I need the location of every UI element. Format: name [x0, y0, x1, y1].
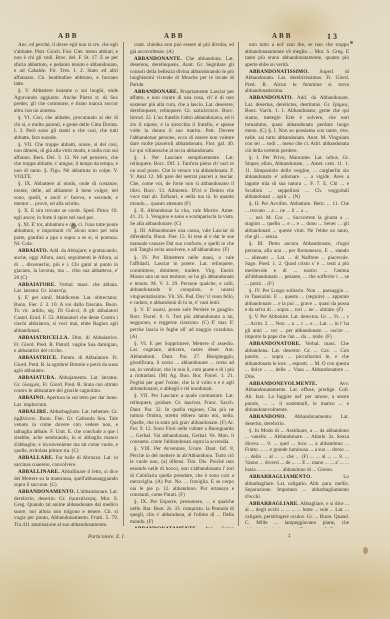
headword: ABBANDONATISSIMO. — [249, 69, 309, 75]
entry-text: Add. da Abbandonare. Lat. desertus, dere… — [245, 95, 349, 153]
dictionary-entry: §. IX. Abbattere al modo, onde di costan… — [14, 181, 118, 207]
dictionary-entry: §. VII. Che troppe abbatti, onore, si de… — [14, 142, 118, 181]
headword: ABBANDONO. — [249, 414, 286, 420]
dictionary-entry: §. III. Detto ancora Abbandonato, d'ogni… — [245, 241, 349, 287]
dictionary-entry: §. III. Abbandonare una causa, vale Lasc… — [130, 228, 234, 254]
dictionary-entry: ABBANDONATISSIMO. Superl. di Abbandonato… — [245, 69, 349, 95]
entry-text: §. IX. Abbattere al modo, onde di costan… — [14, 181, 118, 207]
entry-text: §. VI. E per Sopprimere, Mettere d' asse… — [130, 341, 234, 393]
column-2: costr. chiedea non può essere al più div… — [130, 42, 234, 528]
headword: ABBALLARE. — [18, 455, 54, 461]
dictionary-entry: ABBANDONEVOLMENTE. Avv. Abbandonatamente… — [245, 381, 349, 414]
entry-text: Verbal. masc. Che abbandona. Lat. desert… — [245, 341, 349, 380]
dictionary-entry: §. I. Per Lasciare semplicemente. Lat. r… — [130, 155, 234, 207]
dictionary-entry: ABBALLINARE. Abballinare il letto, si di… — [14, 469, 118, 489]
dictionary-entry: ABBANDONATAMENTE. Avv. Senza riguardo, S… — [130, 526, 234, 528]
headword: ABBARBAGLIAMENTO. — [249, 474, 312, 480]
headword: ABBAIATO. — [18, 248, 48, 254]
dictionary-entry: ABBAINO. Apertura in sul tetto per dar l… — [14, 395, 118, 408]
dictionary-entry: Anc. ed perchè, il dover egli non si cre… — [14, 42, 118, 88]
paper-speck — [350, 41, 353, 44]
column-1: Anc. ed perchè, il dover egli non si cre… — [14, 42, 118, 528]
entry-text: §. VII. Per Lasciare a quale contrastare… — [130, 393, 234, 445]
dictionary-entry: ABBAIATO. Add. da Abbajare; e grattacand… — [14, 248, 118, 281]
dictionary-entry: ABBANDONO. Abbandonamento. Lat. desertio… — [245, 414, 349, 427]
dictionary-entry: §. VII. Per Lasciare a quale contrastare… — [130, 393, 234, 445]
dictionary-entry: §. V. E' usarsi, posso sole Perdere le g… — [130, 307, 234, 340]
entry-text: §. VI. Con, che abbatte, procurando al d… — [14, 115, 118, 141]
dictionary-entry: ABBAIATRICE. Femm. di Abbaiatore. Fr. Gi… — [14, 355, 118, 375]
entry-text: non tutto a noi' non lite, se non che tr… — [245, 42, 349, 68]
entry-text: §. II. Abbandonar la vita, vale Morire. … — [130, 208, 234, 227]
entry-text: Propriamente Lasciar per affatto, e non … — [130, 89, 234, 154]
entry-text: §. IV. Per Luogo solitario. Non ... paes… — [245, 288, 349, 314]
entry-text: §. VII. Che troppe abbatti, onore, si de… — [14, 142, 118, 181]
dictionary-entry: ABBAIATURA. Abbajamento. Lat. latratus. … — [14, 375, 118, 395]
dictionary-entry: ABBANDONAMENTO. L'abbandonare. Lat. dere… — [14, 489, 118, 528]
dictionary-entry: ABBAIATRICELLA. Dim. di Abbaiatrice. Fr.… — [14, 335, 118, 355]
headword: ABBAIATRICE. — [18, 355, 58, 361]
dictionary-entry: ABBARBAGLIAMENTO. Lo abbarbagliare. Lat.… — [245, 474, 349, 500]
entry-text: §. IV. Per Rimettere nelle mani, o vale … — [130, 255, 234, 307]
dictionary-entry: ABBALIRE. Abbarbagliare. Lat. hebetare. … — [14, 409, 118, 455]
entry-text: §. III. Abbandonare una causa, vale Lasc… — [130, 228, 234, 254]
guide-word-right: ABB — [272, 32, 292, 40]
scanned-dictionary-page: ABB ABB ABB 13 Anc. ed perchè, il dover … — [0, 0, 390, 619]
entry-text: §. X. E tira trovato se corde. Sped. Pit… — [14, 208, 118, 221]
column-3: non tutto a noi' non lite, se non che tr… — [245, 42, 349, 528]
dictionary-entry: ABBARBAGLIARE. Abbagliare, e si dice ...… — [245, 501, 349, 528]
entry-text: §. IX. Per Esporre, presumere, ... e qua… — [130, 499, 234, 525]
dictionary-entry: §. IV. Per Rimettere nelle mani, o vale … — [130, 255, 234, 307]
headword: ABBANDONEVOLMENTE. — [249, 381, 317, 387]
headword: ABBALLINARE. — [18, 469, 60, 475]
dictionary-entry: ABBANDONARE. Propriamente Lasciar per af… — [130, 89, 234, 154]
dictionary-entry: non tutto a noi' non lite, se non che tr… — [245, 42, 349, 68]
guide-word-left: ABB — [58, 32, 78, 40]
headword: ABBANDONATO. — [249, 95, 293, 101]
dictionary-entry: §. In Modo di ... Assiduare, a ... da ab… — [245, 428, 349, 474]
dictionary-entry: §. E' per simil. Maldicente. Lat. obtrec… — [14, 295, 118, 334]
dictionary-entry: ABBAIATORE. Verbal. masc. che abbaia. La… — [14, 282, 118, 295]
headword: ABBANDONAMENTO. — [18, 489, 75, 495]
entry-text: L'abbandonare. Lat. derelictio, desertio… — [14, 489, 118, 528]
entry-text: §. I. Per Privo, Mancante. Lat. orbus. G… — [245, 155, 349, 200]
column-rule — [123, 42, 124, 526]
headword: ABBAIATORE. — [18, 282, 56, 288]
entry-text: §. V. Abbattere insieme o sui luoghi, on… — [14, 88, 118, 114]
dictionary-entry: §. IX. Per Esporre, presumere, ... e qua… — [130, 499, 234, 525]
headword: ABBANDONARE. — [134, 89, 178, 95]
dictionary-entry: §. V. Per Abbonire. Lat. derectus. Gr. .… — [245, 314, 349, 340]
dictionary-entry: §. IV. Per Luogo solitario. Non ... paes… — [245, 288, 349, 314]
catchword: Particolare. Z. I. — [88, 534, 125, 540]
dictionary-entry: §. XI. E' tor, abbattuto e ciò, ci. l'un… — [14, 222, 118, 248]
dictionary-entry: §. II. Abbandonar la vita, vale Morire. … — [130, 208, 234, 228]
page-number: 13 — [327, 32, 339, 41]
dictionary-entry: §. I. Per Privo, Mancante. Lat. orbus. G… — [245, 155, 349, 201]
guide-word-center: ABB — [164, 32, 184, 40]
entry-text: §. V. E' usarsi, posso sole Perdere le g… — [130, 307, 234, 339]
dictionary-entry: §. X. E tira trovato se corde. Sped. Pit… — [14, 208, 118, 221]
entry-text: Anc. ed perchè, il dover egli non si cre… — [14, 42, 118, 87]
entry-text: §. In Modo di ... Assiduare, a ... da ab… — [245, 428, 349, 473]
entry-text: §. VIII. Per Avventare, Ucare. Dant. Inf… — [130, 446, 234, 498]
headword: ABBALIRE. — [18, 409, 48, 415]
headword: ABBAIATURA. — [18, 375, 56, 381]
dictionary-entry: ABBALLARE. Far balle di Abruzzo. Lat. in… — [14, 455, 118, 468]
dictionary-entry: ABBANDONANTE. Che abbandona. Lat. desere… — [130, 56, 234, 89]
entry-text: §. II. Per Avvilito. Abbattuto. Bern. ..… — [245, 201, 349, 214]
paper-stain — [363, 547, 368, 554]
headword: ABBANDONANTE. — [134, 56, 182, 62]
dictionary-entry: §. VIII. Per Avventare, Ucare. Dant. Inf… — [130, 446, 234, 498]
headword: ABBAINO. — [18, 395, 45, 401]
dictionary-entry: ABBANDONATORE. Verbal. masc. Che abbando… — [245, 341, 349, 380]
dictionary-entry: §. VI. Con, che abbatte, procurando al d… — [14, 115, 118, 141]
dictionary-entry: §. VI. E per Sopprimere, Mettere d' asse… — [130, 341, 234, 393]
running-header: ABB ABB ABB 13 — [14, 32, 350, 42]
headword: ABBANDONATAMENTE. — [134, 526, 198, 528]
headword: ABBANDONATORE. — [249, 341, 301, 347]
headword: ABBAIATRICELLA. — [18, 335, 69, 341]
entry-text: ... nel. M. Cor. ... Soccorrete la giunt… — [245, 215, 349, 241]
column-rule — [238, 42, 239, 526]
entry-text: §. E' per simil. Maldicente. Lat. obtrec… — [14, 295, 118, 334]
dictionary-entry: §. V. Abbattere insieme o sui luoghi, on… — [14, 88, 118, 114]
headword: ABBARBAGLIARE. — [249, 501, 299, 507]
entry-text: Abbarbagliare. Lat. hebetare. Gr. ἀμβλύν… — [14, 409, 118, 454]
entry-text: §. III. Detto ancora Abbandonato, d'ogni… — [245, 241, 349, 286]
signature-mark: ‡ — [288, 534, 291, 539]
dictionary-entry: costr. chiedea non può essere al più div… — [130, 42, 234, 55]
dictionary-entry: ABBANDONATO. Add. da Abbandonare. Lat. d… — [245, 95, 349, 154]
entry-text: §. I. Per Lasciare semplicemente. Lat. r… — [130, 155, 234, 207]
entry-text: §. V. Per Abbonire. Lat. derectus. Gr. .… — [245, 314, 349, 340]
entry-text: costr. chiedea non può essere al più div… — [130, 42, 234, 55]
dictionary-entry: §. II. Per Avvilito. Abbattuto. Bern. ..… — [245, 201, 349, 214]
dictionary-entry: ... nel. M. Cor. ... Soccorrete la giunt… — [245, 215, 349, 241]
text-columns: Anc. ed perchè, il dover egli non si cre… — [14, 42, 350, 532]
entry-text: §. XI. E' tor, abbattuto e ciò, ci. l'un… — [14, 222, 118, 248]
